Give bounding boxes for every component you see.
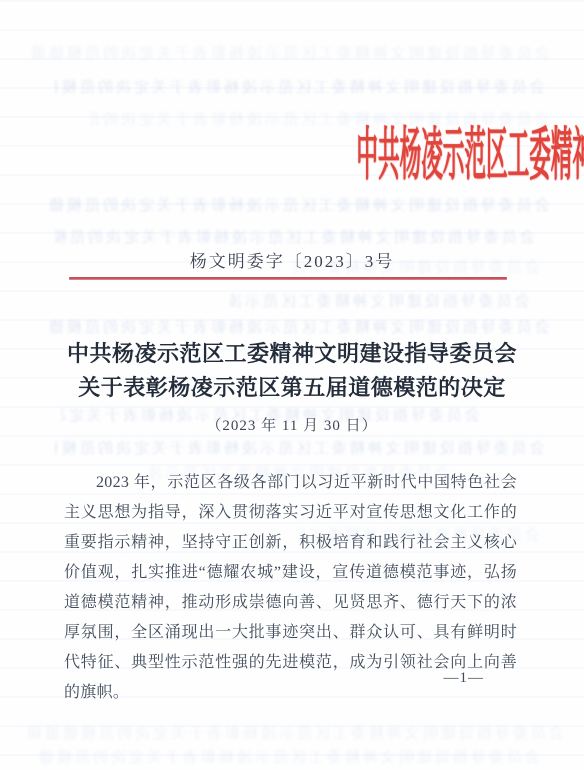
document-number: 杨文明委字〔2023〕3号	[0, 247, 584, 272]
scanned-document-page: 会员委导指设建明文神精委工区范示凌杨彰表于关定决的范模德道届五第区范示凌杨共中 …	[0, 0, 584, 770]
bleedthrough-line: 会员委导指设建明文神精委工区范示凌杨彰表于关定决的范模德道届五第区范示凌杨共中	[230, 290, 530, 309]
bleedthrough-line: 会员委导指设建明文神精委工区范示凌杨彰表于关定决的范模德道届五第区范示凌杨共中	[30, 42, 550, 61]
page-number: —1—	[444, 670, 485, 687]
letterhead-title: 中共杨凌示范区工委精神文明建设指导委员会文件	[0, 122, 584, 188]
document-title-line1: 中共杨凌示范区工委精神文明建设指导委员会	[0, 337, 584, 371]
bleedthrough-line: 会员委导指设建明文神精委工区范示凌杨彰表于关定决的范模德道届五第区范示凌杨共中	[55, 226, 535, 245]
bleedthrough-line: 会员委导指设建明文神精委工区范示凌杨彰表于关定决的范模德道届五第区范示凌杨共中	[20, 722, 564, 741]
bleedthrough-line: 会员委导指设建明文神精委工区范示凌杨彰表于关定决的范模德道届五第区范示凌杨共中	[50, 316, 550, 335]
document-title: 中共杨凌示范区工委精神文明建设指导委员会 关于表彰杨凌示范区第五届道德模范的决定	[0, 337, 584, 405]
bleedthrough-line: 会员委导指设建明文神精委工区范示凌杨彰表于关定决的范模德道届五第区范示凌杨共中	[40, 746, 540, 765]
bleedthrough-line: 会员委导指设建明文神精委工区范示凌杨彰表于关定决的范模德道届五第区范示凌杨共中	[55, 437, 545, 456]
bleedthrough-line: 会员委导指设建明文神精委工区范示凌杨彰表于关定决的范模德道届五第区范示凌杨共中	[55, 76, 545, 95]
letterhead-title-text: 中共杨凌示范区工委精神文明建设指导委员会文件	[356, 120, 584, 190]
bleedthrough-line: 会员委导指设建明文神精委工区范示凌杨彰表于关定决的范模德道届五第区范示凌杨共中	[50, 194, 550, 213]
red-divider-rule	[69, 277, 507, 280]
document-date: （2023 年 11 月 30 日）	[0, 414, 584, 435]
document-title-line2: 关于表彰杨凌示范区第五届道德模范的决定	[0, 371, 584, 405]
